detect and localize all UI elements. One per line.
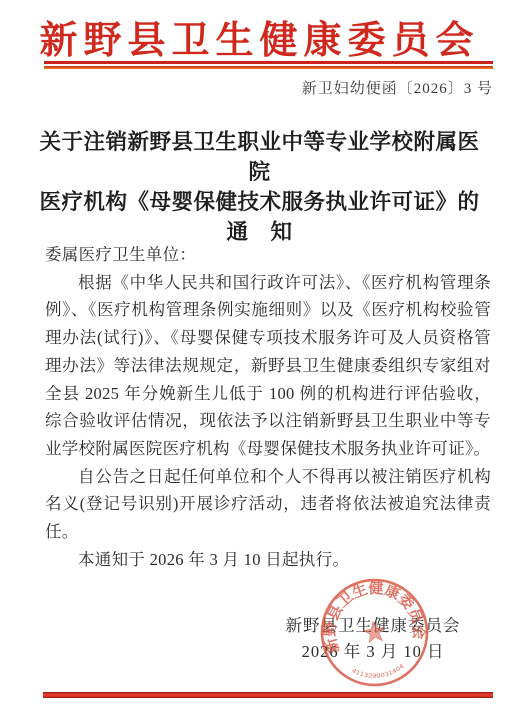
document-page: 新野县卫生健康委员会 新卫妇幼便函〔2026〕3 号 关于注销新野县卫生职业中等…	[0, 0, 519, 716]
notice-body: 委属医疗卫生单位： 根据《中华人民共和国行政许可法》、《医疗机构管理条例》、《医…	[45, 241, 491, 573]
masthead-divider-bottom-line	[44, 66, 493, 69]
body-paragraph-1: 根据《中华人民共和国行政许可法》、《医疗机构管理条例》、《医疗机构管理条例实施细…	[45, 269, 491, 463]
salutation: 委属医疗卫生单位：	[45, 241, 491, 269]
seal-code: 4113290031404	[350, 661, 407, 684]
notice-title-line2: 医疗机构《母婴保健技术服务执业许可证》的	[39, 190, 479, 214]
notice-title: 关于注销新野县卫生职业中等专业学校附属医院 医疗机构《母婴保健技术服务执业许可证…	[34, 127, 485, 247]
body-paragraph-3: 本通知于 2026 年 3 月 10 日起执行。	[45, 546, 491, 574]
signature-org: 新野县卫生健康委员会	[243, 612, 503, 636]
svg-text:4113290031404: 4113290031404	[350, 661, 407, 684]
masthead-divider	[44, 61, 493, 69]
body-paragraph-2: 自公告之日起任何单位和个人不得再以被注销医疗机构名义(登记号识别)开展诊疗活动，…	[45, 463, 491, 546]
masthead-org-title: 新野县卫生健康委员会	[30, 9, 489, 64]
notice-title-line1: 关于注销新野县卫生职业中等专业学校附属医院	[39, 130, 479, 184]
document-number: 新卫妇幼便函〔2026〕3 号	[44, 77, 493, 98]
footer-divider	[43, 692, 493, 698]
signature-date: 2026 年 3 月 10 日	[243, 638, 503, 662]
